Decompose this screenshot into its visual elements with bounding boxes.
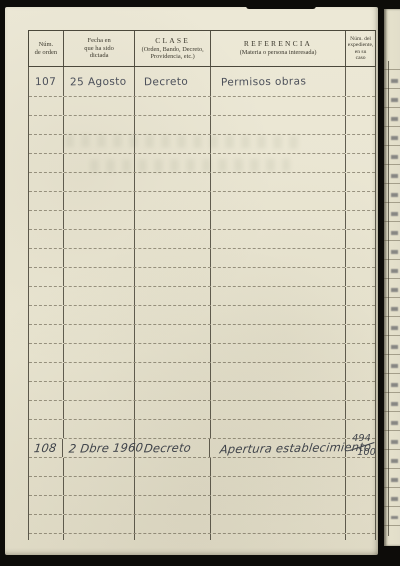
table-row	[29, 154, 375, 173]
cell-referencia	[211, 477, 346, 495]
table-row	[29, 420, 375, 439]
table-row	[29, 363, 375, 382]
cell-fecha	[64, 306, 136, 324]
cell-expediente	[346, 325, 375, 343]
cell-expediente	[346, 230, 375, 248]
table-row	[29, 458, 375, 477]
cell-clase	[135, 325, 211, 343]
cell-expediente	[346, 116, 375, 134]
cell-expediente	[346, 496, 375, 514]
table-row	[29, 287, 375, 306]
table-row	[29, 344, 375, 363]
cell-num	[29, 382, 64, 400]
cell-clase	[135, 97, 211, 115]
cell-expediente	[346, 344, 375, 362]
table-row	[29, 515, 375, 534]
table-row	[29, 496, 375, 515]
header-text: CLASE	[155, 37, 190, 46]
handwritten-num: 108	[34, 441, 58, 455]
cell-referencia: Permisos obras	[211, 67, 346, 96]
cell-referencia: Apertura establecimiento	[210, 439, 346, 457]
cell-num	[29, 192, 64, 210]
cell-fecha: 2 Dbre 1960	[63, 439, 135, 457]
adjacent-page-column-line	[388, 61, 389, 536]
cell-expediente	[346, 458, 375, 476]
cell-fecha	[64, 515, 136, 533]
cell-referencia	[211, 135, 346, 153]
cell-fecha	[64, 458, 136, 476]
cell-num	[29, 287, 64, 305]
cell-referencia	[211, 287, 346, 305]
cell-clase	[135, 515, 211, 533]
cell-referencia	[211, 382, 346, 400]
cell-num	[29, 268, 64, 286]
cell-fecha	[64, 192, 136, 210]
header-fecha: Fecha en que ha sido dictada	[64, 31, 136, 66]
cell-clase	[135, 344, 211, 362]
cell-num	[29, 306, 64, 324]
cell-referencia	[211, 420, 346, 438]
header-num-orden: Núm. de orden	[29, 31, 64, 66]
cell-referencia	[211, 515, 346, 533]
cell-fecha	[64, 344, 136, 362]
cell-fecha	[64, 116, 136, 134]
cell-fecha	[64, 382, 136, 400]
cell-num	[29, 325, 64, 343]
cell-clase	[135, 192, 211, 210]
handwritten-fecha: 25 Agosto	[70, 75, 127, 88]
cell-num	[29, 420, 64, 438]
header-text: Providencia, etc.)	[151, 53, 195, 60]
table-row	[29, 230, 375, 249]
header-text: de orden	[35, 49, 58, 57]
table-row	[29, 477, 375, 496]
header-text: dictada	[90, 52, 109, 60]
cell-expediente	[346, 211, 375, 229]
cell-expediente	[346, 401, 375, 419]
cell-referencia	[211, 496, 346, 514]
tail-cell	[211, 534, 346, 540]
adjacent-page-edge	[384, 9, 400, 546]
cell-fecha	[64, 173, 136, 191]
cell-clase	[135, 230, 211, 248]
cell-clase	[135, 477, 211, 495]
table-row	[29, 135, 375, 154]
cell-referencia	[211, 325, 346, 343]
cell-clase	[135, 211, 211, 229]
cell-num	[29, 401, 64, 419]
cell-fecha	[64, 363, 136, 381]
cell-clase	[135, 401, 211, 419]
scan-edge-notch	[246, 5, 316, 9]
cell-num	[29, 249, 64, 267]
cell-referencia	[211, 249, 346, 267]
table-row	[29, 192, 375, 211]
cell-clase	[135, 116, 211, 134]
handwritten-fecha: 2 Dbre 1960	[69, 440, 145, 455]
tail-cell	[346, 534, 375, 540]
cell-fecha	[64, 97, 136, 115]
cell-fecha: 25 Agosto	[64, 67, 136, 96]
cell-num	[29, 116, 64, 134]
cell-expediente	[346, 477, 375, 495]
cell-referencia	[211, 97, 346, 115]
cell-referencia	[211, 116, 346, 134]
adjacent-page-handwriting-fragments	[391, 79, 398, 519]
cell-referencia	[211, 401, 346, 419]
cell-referencia	[211, 268, 346, 286]
table-row	[29, 268, 375, 287]
cell-expediente	[346, 135, 375, 153]
header-text: caso	[356, 55, 366, 61]
cell-clase	[135, 249, 211, 267]
cell-expediente	[346, 192, 375, 210]
cell-fecha	[64, 249, 136, 267]
handwritten-referencia: Permisos obras	[221, 75, 306, 88]
cell-num	[29, 477, 64, 495]
cell-clase	[135, 420, 211, 438]
cell-clase	[135, 382, 211, 400]
cell-expediente	[346, 363, 375, 381]
cell-fecha	[64, 135, 136, 153]
table-row: 1082 Dbre 1960DecretoApertura establecim…	[29, 439, 375, 458]
header-text: Núm.	[39, 41, 54, 49]
cell-clase	[135, 306, 211, 324]
cell-referencia	[211, 363, 346, 381]
cell-fecha	[64, 477, 136, 495]
cell-fecha	[64, 211, 136, 229]
cell-num	[29, 458, 64, 476]
header-expediente: Núm. del expediente, en su caso	[346, 31, 375, 66]
cell-num	[29, 135, 64, 153]
header-text: REFERENCIA	[244, 40, 312, 49]
cell-referencia	[211, 230, 346, 248]
cell-referencia	[211, 154, 346, 172]
cell-fecha	[64, 401, 136, 419]
cell-referencia	[211, 211, 346, 229]
header-text: (Orden, Bando, Decreto,	[142, 46, 204, 53]
expediente-bottom: 100	[357, 447, 376, 458]
cell-num	[29, 363, 64, 381]
cell-expediente	[346, 306, 375, 324]
cell-expediente	[346, 382, 375, 400]
cell-clase	[135, 173, 211, 191]
table-header-row: Núm. de orden Fecha en que ha sido dicta…	[28, 30, 376, 67]
table-row	[29, 97, 375, 116]
cell-expediente	[346, 173, 375, 191]
cell-referencia	[211, 344, 346, 362]
cell-expediente	[346, 154, 375, 172]
header-text: (Materia o persona interesada)	[240, 49, 317, 56]
cell-expediente	[346, 97, 375, 115]
cell-expediente	[346, 515, 375, 533]
table-row	[29, 325, 375, 344]
tail-cell	[64, 534, 136, 540]
cell-referencia	[211, 173, 346, 191]
tail-cell	[135, 534, 211, 540]
table-row	[29, 382, 375, 401]
cell-expediente: 494100	[346, 439, 375, 457]
cell-fecha	[64, 154, 136, 172]
table-row	[29, 306, 375, 325]
cell-fecha	[64, 287, 136, 305]
cell-fecha	[64, 230, 136, 248]
handwritten-num: 107	[35, 75, 56, 87]
cell-expediente	[346, 67, 375, 96]
cell-num: 108	[29, 439, 63, 457]
cell-num	[29, 173, 64, 191]
header-clase: CLASE (Orden, Bando, Decreto, Providenci…	[135, 31, 211, 66]
cell-expediente	[346, 268, 375, 286]
cell-clase: Decreto	[135, 439, 210, 457]
cell-clase: Decreto	[135, 67, 211, 96]
table-row: 10725 AgostoDecretoPermisos obras	[29, 67, 375, 97]
cell-num	[29, 211, 64, 229]
table-row	[29, 173, 375, 192]
cell-num	[29, 97, 64, 115]
tail-cell	[29, 534, 64, 540]
cell-num: 107	[29, 67, 64, 96]
table-row	[29, 401, 375, 420]
cell-fecha	[64, 325, 136, 343]
table-row	[29, 249, 375, 268]
header-referencia: REFERENCIA (Materia o persona interesada…	[211, 31, 346, 66]
cell-num	[29, 154, 64, 172]
cell-clase	[135, 154, 211, 172]
table-row	[29, 116, 375, 135]
table-column-tails	[28, 534, 376, 540]
table-row	[29, 211, 375, 230]
cell-num	[29, 496, 64, 514]
cell-clase	[135, 496, 211, 514]
cell-clase	[135, 287, 211, 305]
cell-fecha	[64, 496, 136, 514]
cell-fecha	[64, 268, 136, 286]
cell-clase	[135, 135, 211, 153]
cell-clase	[135, 363, 211, 381]
cell-expediente	[346, 249, 375, 267]
handwritten-clase: Decreto	[144, 75, 188, 88]
handwritten-clase: Decreto	[144, 441, 193, 456]
ledger-page: Núm. de orden Fecha en que ha sido dicta…	[5, 7, 378, 555]
cell-fecha	[64, 420, 136, 438]
cell-referencia	[211, 192, 346, 210]
cell-clase	[135, 268, 211, 286]
scanned-ledger-page: Núm. de orden Fecha en que ha sido dicta…	[0, 0, 400, 566]
cell-num	[29, 344, 64, 362]
header-text: que ha sido	[84, 45, 114, 53]
table-body: 10725 AgostoDecretoPermisos obras1082 Db…	[28, 67, 376, 534]
cell-referencia	[211, 306, 346, 324]
header-text: Fecha en	[87, 37, 110, 45]
cell-num	[29, 230, 64, 248]
registry-table: Núm. de orden Fecha en que ha sido dicta…	[28, 30, 376, 540]
cell-num	[29, 515, 64, 533]
expediente-top: 494	[352, 433, 371, 444]
cell-clase	[135, 458, 211, 476]
cell-expediente	[346, 287, 375, 305]
cell-referencia	[211, 458, 346, 476]
